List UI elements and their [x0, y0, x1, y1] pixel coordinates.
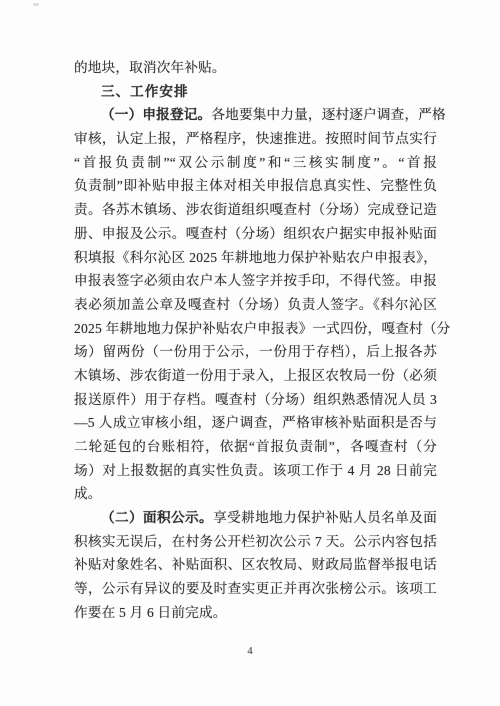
document-line: 木镇场、涉农街道一份用于录入，上报区农牧局一份（必须 — [74, 364, 437, 388]
document-line: 作要在 5 月 6 日前完成。 — [74, 601, 437, 625]
document-line: （一）申报登记。各地要集中力量，逐村逐户调查，严格 — [74, 103, 437, 127]
document-body: 的地块，取消次年补贴。 三、工作安排 （一）申报登记。各地要集中力量，逐村逐户调… — [74, 56, 437, 625]
document-line: 的地块，取消次年补贴。 — [74, 56, 437, 80]
document-line: 成。 — [74, 482, 437, 506]
document-line: 报送原件）用于存档。嘎查村（分场）组织熟悉情况人员 3 — [74, 388, 437, 412]
paragraph-lead: （一）申报登记。 — [101, 107, 211, 122]
document-line: （二）面积公示。享受耕地地力保护补贴人员名单及面 — [74, 506, 437, 530]
document-line: 申报表签字必须由农户本人签字并按手印，不得代签。申报 — [74, 269, 437, 293]
document-line: 责。各苏木镇场、涉农街道组织嘎查村（分场）完成登记造 — [74, 198, 437, 222]
document-line: —5 人成立审核小组，逐户调查，严格审核补贴面积是否与 — [74, 411, 437, 435]
document-line: 等，公示有异议的要及时查实更正并再次张榜公示。该项工 — [74, 577, 437, 601]
document-line: 场）留两份（一份用于公示，一份用于存档），后上报各苏 — [74, 340, 437, 364]
document-line: 册、申报及公示。嘎查村（分场）组织农户据实申报补贴面 — [74, 222, 437, 246]
document-line: “首报负责制”“双公示制度”和“三核实制度”。“首报 — [74, 151, 437, 175]
document-line: 补贴对象姓名、补贴面积、区农牧局、财政局监督举报电话 — [74, 553, 437, 577]
scanned-document-page: { "document": { "colors": { "background"… — [0, 0, 500, 706]
document-line: 审核，认定上报，严格程序，快速推进。按照时间节点实行 — [74, 127, 437, 151]
paragraph-text: 各地要集中力量，逐村逐户调查，严格 — [211, 107, 446, 122]
paragraph-lead: （二）面积公示。 — [101, 510, 213, 525]
paragraph-text: 享受耕地地力保护补贴人员名单及面 — [213, 510, 437, 525]
document-line: 2025 年耕地地力保护补贴农户申报表》一式四份，嘎查村（分 — [74, 317, 437, 341]
document-line: 二轮延包的台账相符，依据“首报负责制”，各嘎查村（分 — [74, 435, 437, 459]
document-line: 场）对上报数据的真实性负责。该项工作于 4 月 28 日前完 — [74, 459, 437, 483]
document-line: 表必须加盖公章及嘎查村（分场）负责人签字。《科尔沁区 — [74, 293, 437, 317]
document-line: 积核实无误后，在村务公开栏初次公示 7 天。公示内容包括 — [74, 530, 437, 554]
document-line: 负责制”即补贴申报主体对相关申报信息真实性、完整性负 — [74, 174, 437, 198]
page-number: 4 — [0, 646, 500, 657]
document-line: 积填报《科尔沁区 2025 年耕地地力保护补贴农户申报表》， — [74, 246, 437, 270]
scan-artifact-speck — [33, 3, 39, 6]
section-heading: 三、工作安排 — [74, 80, 437, 104]
